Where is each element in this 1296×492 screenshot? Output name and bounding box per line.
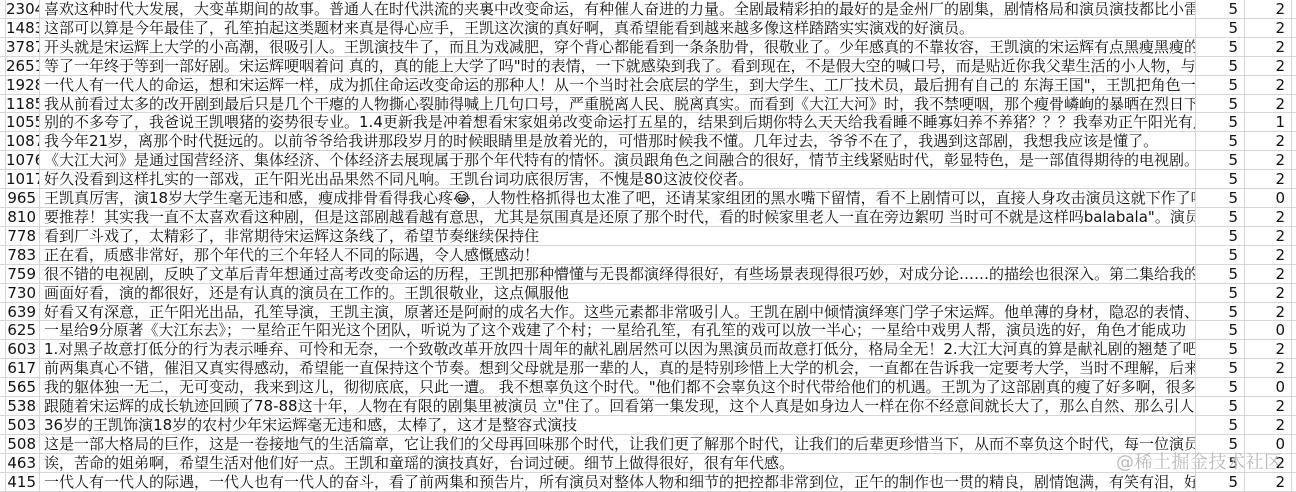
votes-cell[interactable]: 1017: [6, 170, 40, 188]
rating-cell[interactable]: 5: [1196, 57, 1245, 75]
label-cell[interactable]: 2: [1245, 76, 1292, 94]
label-cell[interactable]: 2: [1245, 473, 1292, 491]
votes-cell[interactable]: 2651: [6, 57, 40, 75]
votes-cell[interactable]: 625: [6, 321, 40, 339]
rating-cell[interactable]: 5: [1196, 397, 1245, 415]
rating-cell[interactable]: 5: [1196, 265, 1245, 283]
table-row: 3787 开头就是宋运辉上大学的小高潮，很吸引人。王凯演技牛了，而且为戏减肥，穿…: [0, 38, 1296, 57]
votes-cell[interactable]: 759: [6, 265, 40, 283]
table-row: 1017 好久没看到这样扎实的一部戏，正午阳光出品果然不同凡响。王凯台词功底很厉…: [0, 170, 1296, 189]
label-cell[interactable]: 0: [1245, 321, 1292, 339]
votes-cell[interactable]: 1928: [6, 76, 40, 94]
review-text-cell[interactable]: 正在看，质感非常好，那个年代的三个年轻人不同的际遇，令人感慨感动！: [40, 246, 1196, 264]
edge-cell[interactable]: [1292, 435, 1296, 453]
rating-cell[interactable]: 5: [1196, 340, 1245, 358]
edge-cell[interactable]: [1292, 265, 1296, 283]
table-row: 730 画面好看，演的都很好，还是有认真的演员在工作的。王凯很敬业，这点佩服他 …: [0, 284, 1296, 303]
rating-cell[interactable]: 5: [1196, 132, 1245, 150]
label-cell[interactable]: 2: [1245, 303, 1292, 321]
table-row: 965 王凯真厉害，演18岁大学生毫无违和感，瘦成排骨看得我心疼😂，人物性格抓得…: [0, 189, 1296, 208]
table-row: 617 前两集真心不错，催泪又真实得感动，希望能一直保持这个节奏。想到父母就是那…: [0, 359, 1296, 378]
review-text-cell[interactable]: 好久没看到这样扎实的一部戏，正午阳光出品果然不同凡响。王凯台词功底很厉害，不愧是…: [40, 170, 1196, 188]
rating-cell[interactable]: 5: [1196, 151, 1245, 169]
table-row: 603 1.对黑子故意打低分的行为表示唾弃、可怜和无奈，一个致敬改革开放四十周年…: [0, 340, 1296, 359]
review-text-cell[interactable]: 要推荐！其实我一直不太喜欢看这种剧，但是这部剧越看越有意思，尤其是氛围真是还原了…: [40, 208, 1196, 226]
votes-cell[interactable]: 565: [6, 378, 40, 396]
votes-cell[interactable]: 3787: [6, 38, 40, 56]
table-row: 1076 《大江大河》是通过国营经济、集体经济、个体经济去展现属于那个年代特有的…: [0, 151, 1296, 170]
edge-cell[interactable]: [1292, 378, 1296, 396]
edge-cell[interactable]: [1292, 454, 1296, 472]
votes-cell[interactable]: 603: [6, 340, 40, 358]
review-text-cell[interactable]: 36岁的王凯饰演18岁的农村少年宋运辉毫无违和感，太棒了，这才是整容式演技: [40, 416, 1196, 434]
review-text-cell[interactable]: 诶，苦命的姐弟啊，希望生活对他们好一点。王凯和童瑶的演技真好，台词过硬。细节上做…: [40, 454, 1196, 472]
edge-cell[interactable]: [1292, 95, 1296, 113]
label-cell[interactable]: 2: [1245, 208, 1292, 226]
table-row: 503 36岁的王凯饰演18岁的农村少年宋运辉毫无违和感，太棒了，这才是整容式演…: [0, 416, 1296, 435]
edge-cell[interactable]: [1292, 19, 1296, 37]
table-row: 1928 一代人有一代人的命运，想和宋运辉一样，成为抓住命运改变命运的那种人！从…: [0, 76, 1296, 95]
rating-cell[interactable]: 5: [1196, 359, 1245, 377]
label-cell[interactable]: 0: [1245, 189, 1292, 207]
votes-cell[interactable]: 463: [6, 454, 40, 472]
table-row: 783 正在看，质感非常好，那个年代的三个年轻人不同的际遇，令人感慨感动！ 5 …: [0, 246, 1296, 265]
review-text-cell[interactable]: 《大江大河》是通过国营经济、集体经济、个体经济去展现属于那个年代特有的情怀。演员…: [40, 151, 1196, 169]
votes-cell[interactable]: 508: [6, 435, 40, 453]
table-row: 538 跟随着宋运辉的成长轨迹回顾了78-88这十年，人物在有限的剧集里被演员 …: [0, 397, 1296, 416]
edge-cell[interactable]: [1292, 246, 1296, 264]
table-row: 759 很不错的电视剧，反映了文革后青年想通过高考改变命运的历程，王凯把那种懵懂…: [0, 265, 1296, 284]
label-cell[interactable]: 2: [1245, 132, 1292, 150]
rating-cell[interactable]: 5: [1196, 454, 1245, 472]
rating-cell[interactable]: 5: [1196, 19, 1245, 37]
edge-cell[interactable]: [1292, 38, 1296, 56]
table-row: 778 看到厂斗戏了，太精彩了，非常期待宋运辉这条线了，希望节奏继续保持住 5 …: [0, 227, 1296, 246]
votes-cell[interactable]: 730: [6, 284, 40, 302]
table-row: 625 一星给9分原著《大江东去》；一星给正午阳光这个团队，听说为了这个戏建了个…: [0, 321, 1296, 340]
review-text-cell[interactable]: 跟随着宋运辉的成长轨迹回顾了78-88这十年，人物在有限的剧集里被演员 立"住了…: [40, 397, 1196, 415]
votes-cell[interactable]: 1185: [6, 95, 40, 113]
review-text-cell[interactable]: 前两集真心不错，催泪又真实得感动，希望能一直保持这个节奏。想到父母就是那一辈的人…: [40, 359, 1196, 377]
label-cell[interactable]: 2: [1245, 359, 1292, 377]
review-table: 2304 喜欢这种时代大发展，大变革期间的故事。普通人在时代洪流的夹裏中改变命运…: [0, 0, 1296, 492]
label-cell[interactable]: 2: [1245, 454, 1292, 472]
edge-cell[interactable]: [1292, 397, 1296, 415]
review-text-cell[interactable]: 王凯真厉害，演18岁大学生毫无违和感，瘦成排骨看得我心疼😂，人物性格抓得也太准了…: [40, 189, 1196, 207]
table-row: 415 一代人有一代人的际遇，一代人也有一代人的奋斗，看了前两集和预告片，所有演…: [0, 473, 1296, 492]
edge-cell[interactable]: [1292, 284, 1296, 302]
review-text-cell[interactable]: 好看又有深意，正午阳光出品，孔笙导演，王凯主演，原著还是阿耐的成名大作。这些元素…: [40, 303, 1196, 321]
votes-cell[interactable]: 810: [6, 208, 40, 226]
label-cell[interactable]: 2: [1245, 397, 1292, 415]
table-row: 508 这是一部大格局的巨作，这是一卷接地气的生活篇章，它让我们的父母再回味那个…: [0, 435, 1296, 454]
table-row: 463 诶，苦命的姐弟啊，希望生活对他们好一点。王凯和童瑶的演技真好，台词过硬。…: [0, 454, 1296, 473]
spreadsheet: 2304 喜欢这种时代大发展，大变革期间的故事。普通人在时代洪流的夹裏中改变命运…: [0, 0, 1296, 492]
label-cell[interactable]: 2: [1245, 0, 1292, 18]
edge-cell[interactable]: [1292, 132, 1296, 150]
table-row: 565 我的躯体独一无二，无可变动，我来到这儿，彻彻底底，只此一遭。 我不想辜负…: [0, 378, 1296, 397]
label-cell[interactable]: 1: [1245, 113, 1292, 131]
votes-cell[interactable]: 1483: [6, 19, 40, 37]
label-cell[interactable]: 2: [1245, 38, 1292, 56]
review-text-cell[interactable]: 我今年21岁，离那个时代挺远的。以前爷爷给我讲那段岁月的时候眼睛里是放着光的，可…: [40, 132, 1196, 150]
rating-cell[interactable]: 5: [1196, 0, 1245, 18]
label-cell[interactable]: 2: [1245, 57, 1292, 75]
review-text-cell[interactable]: 这是一部大格局的巨作，这是一卷接地气的生活篇章，它让我们的父母再回味那个时代，让…: [40, 435, 1196, 453]
review-text-cell[interactable]: 看到厂斗戏了，太精彩了，非常期待宋运辉这条线了，希望节奏继续保持住: [40, 227, 1196, 245]
label-cell[interactable]: 2: [1245, 151, 1292, 169]
table-row: 1055 别的不多夸了，我爸说王凯喂猪的姿势很专业。1.4更新我是冲着想看宋家姐…: [0, 113, 1296, 132]
votes-cell[interactable]: 639: [6, 303, 40, 321]
rating-cell[interactable]: 5: [1196, 170, 1245, 188]
rating-cell[interactable]: 5: [1196, 303, 1245, 321]
votes-cell[interactable]: 415: [6, 473, 40, 491]
label-cell[interactable]: 2: [1245, 416, 1292, 434]
edge-cell[interactable]: [1292, 170, 1296, 188]
review-text-cell[interactable]: 画面好看，演的都很好，还是有认真的演员在工作的。王凯很敬业，这点佩服他: [40, 284, 1196, 302]
review-text-cell[interactable]: 开头就是宋运辉上大学的小高潮，很吸引人。王凯演技牛了，而且为戏减肥，穿个背心都能…: [40, 38, 1196, 56]
rating-cell[interactable]: 5: [1196, 321, 1245, 339]
rating-cell[interactable]: 5: [1196, 189, 1245, 207]
edge-cell[interactable]: [1292, 151, 1296, 169]
review-text-cell[interactable]: 这部可以算是今年最佳了，孔笙拍起这类题材来真是得心应手，王凯这次演的真好啊，真希…: [40, 19, 1196, 37]
label-cell[interactable]: 2: [1245, 265, 1292, 283]
review-text-cell[interactable]: 别的不多夸了，我爸说王凯喂猪的姿势很专业。1.4更新我是冲着想看宋家姐弟改变命运…: [40, 113, 1196, 131]
table-row: 2651 等了一年终于等到一部好剧。宋运辉哽咽着问 真的，真的能上大学了吗"时的…: [0, 57, 1296, 76]
rating-cell[interactable]: 5: [1196, 208, 1245, 226]
votes-cell[interactable]: 617: [6, 359, 40, 377]
label-cell[interactable]: 2: [1245, 246, 1292, 264]
label-cell[interactable]: 0: [1245, 378, 1292, 396]
label-cell[interactable]: 2: [1245, 227, 1292, 245]
label-cell[interactable]: 2: [1245, 170, 1292, 188]
table-row: 1087 我今年21岁，离那个时代挺远的。以前爷爷给我讲那段岁月的时候眼睛里是放…: [0, 132, 1296, 151]
edge-cell[interactable]: [1292, 76, 1296, 94]
rating-cell[interactable]: 5: [1196, 95, 1245, 113]
edge-cell[interactable]: [1292, 340, 1296, 358]
edge-cell[interactable]: [1292, 113, 1296, 131]
rating-cell[interactable]: 5: [1196, 284, 1245, 302]
table-row: 1483 这部可以算是今年最佳了，孔笙拍起这类题材来真是得心应手，王凯这次演的真…: [0, 19, 1296, 38]
votes-cell[interactable]: 1076: [6, 151, 40, 169]
edge-cell[interactable]: [1292, 416, 1296, 434]
table-row: 810 要推荐！其实我一直不太喜欢看这种剧，但是这部剧越看越有意思，尤其是氛围真…: [0, 208, 1296, 227]
votes-cell[interactable]: 783: [6, 246, 40, 264]
votes-cell[interactable]: 1055: [6, 113, 40, 131]
review-text-cell[interactable]: 我的躯体独一无二，无可变动，我来到这儿，彻彻底底，只此一遭。 我不想辜负这个时代…: [40, 378, 1196, 396]
review-text-cell[interactable]: 很不错的电视剧，反映了文革后青年想通过高考改变命运的历程，王凯把那种懵懂与无畏都…: [40, 265, 1196, 283]
edge-cell[interactable]: [1292, 227, 1296, 245]
label-cell[interactable]: 2: [1245, 284, 1292, 302]
label-cell[interactable]: 2: [1245, 95, 1292, 113]
edge-cell[interactable]: [1292, 321, 1296, 339]
edge-cell[interactable]: [1292, 473, 1296, 491]
review-text-cell[interactable]: 1.对黑子故意打低分的行为表示唾弃、可怜和无奈，一个致敬改革开放四十周年的献礼剧…: [40, 340, 1196, 358]
votes-cell[interactable]: 503: [6, 416, 40, 434]
edge-cell[interactable]: [1292, 0, 1296, 18]
rating-cell[interactable]: 5: [1196, 38, 1245, 56]
votes-cell[interactable]: 778: [6, 227, 40, 245]
votes-cell[interactable]: 1087: [6, 132, 40, 150]
edge-cell[interactable]: [1292, 189, 1296, 207]
review-text-cell[interactable]: 等了一年终于等到一部好剧。宋运辉哽咽着问 真的，真的能上大学了吗"时的表情，一下…: [40, 57, 1196, 75]
rating-cell[interactable]: 5: [1196, 113, 1245, 131]
rating-cell[interactable]: 5: [1196, 76, 1245, 94]
rating-cell[interactable]: 5: [1196, 227, 1245, 245]
table-row: 1185 我从前看过太多的改开剧到最后只是几个干瘪的人物撕心裂肺得喊上几句口号，…: [0, 95, 1296, 114]
label-cell[interactable]: 2: [1245, 340, 1292, 358]
review-text-cell[interactable]: 一星给9分原著《大江东去》；一星给正午阳光这个团队，听说为了这个戏建了个村；一星…: [40, 321, 1196, 339]
review-text-cell[interactable]: 一代人有一代人的命运，想和宋运辉一样，成为抓住命运改变命运的那种人！从一个当时社…: [40, 76, 1196, 94]
rating-cell[interactable]: 5: [1196, 378, 1245, 396]
label-cell[interactable]: 2: [1245, 19, 1292, 37]
label-cell[interactable]: 0: [1245, 435, 1292, 453]
rating-cell[interactable]: 5: [1196, 473, 1245, 491]
table-row: 2304 喜欢这种时代大发展，大变革期间的故事。普通人在时代洪流的夹裏中改变命运…: [0, 0, 1296, 19]
table-row: 639 好看又有深意，正午阳光出品，孔笙导演，王凯主演，原著还是阿耐的成名大作。…: [0, 303, 1296, 322]
rating-cell[interactable]: 5: [1196, 416, 1245, 434]
review-text-cell[interactable]: 喜欢这种时代大发展，大变革期间的故事。普通人在时代洪流的夹裏中改变命运，有种催人…: [40, 0, 1196, 18]
votes-cell[interactable]: 2304: [6, 0, 40, 18]
rating-cell[interactable]: 5: [1196, 435, 1245, 453]
review-text-cell[interactable]: 一代人有一代人的际遇，一代人也有一代人的奋斗，看了前两集和预告片，所有演员对整体…: [40, 473, 1196, 491]
votes-cell[interactable]: 538: [6, 397, 40, 415]
edge-cell[interactable]: [1292, 359, 1296, 377]
edge-cell[interactable]: [1292, 303, 1296, 321]
votes-cell[interactable]: 965: [6, 189, 40, 207]
review-text-cell[interactable]: 我从前看过太多的改开剧到最后只是几个干瘪的人物撕心裂肺得喊上几句口号，严重脱离人…: [40, 95, 1196, 113]
rating-cell[interactable]: 5: [1196, 246, 1245, 264]
edge-cell[interactable]: [1292, 208, 1296, 226]
edge-cell[interactable]: [1292, 57, 1296, 75]
